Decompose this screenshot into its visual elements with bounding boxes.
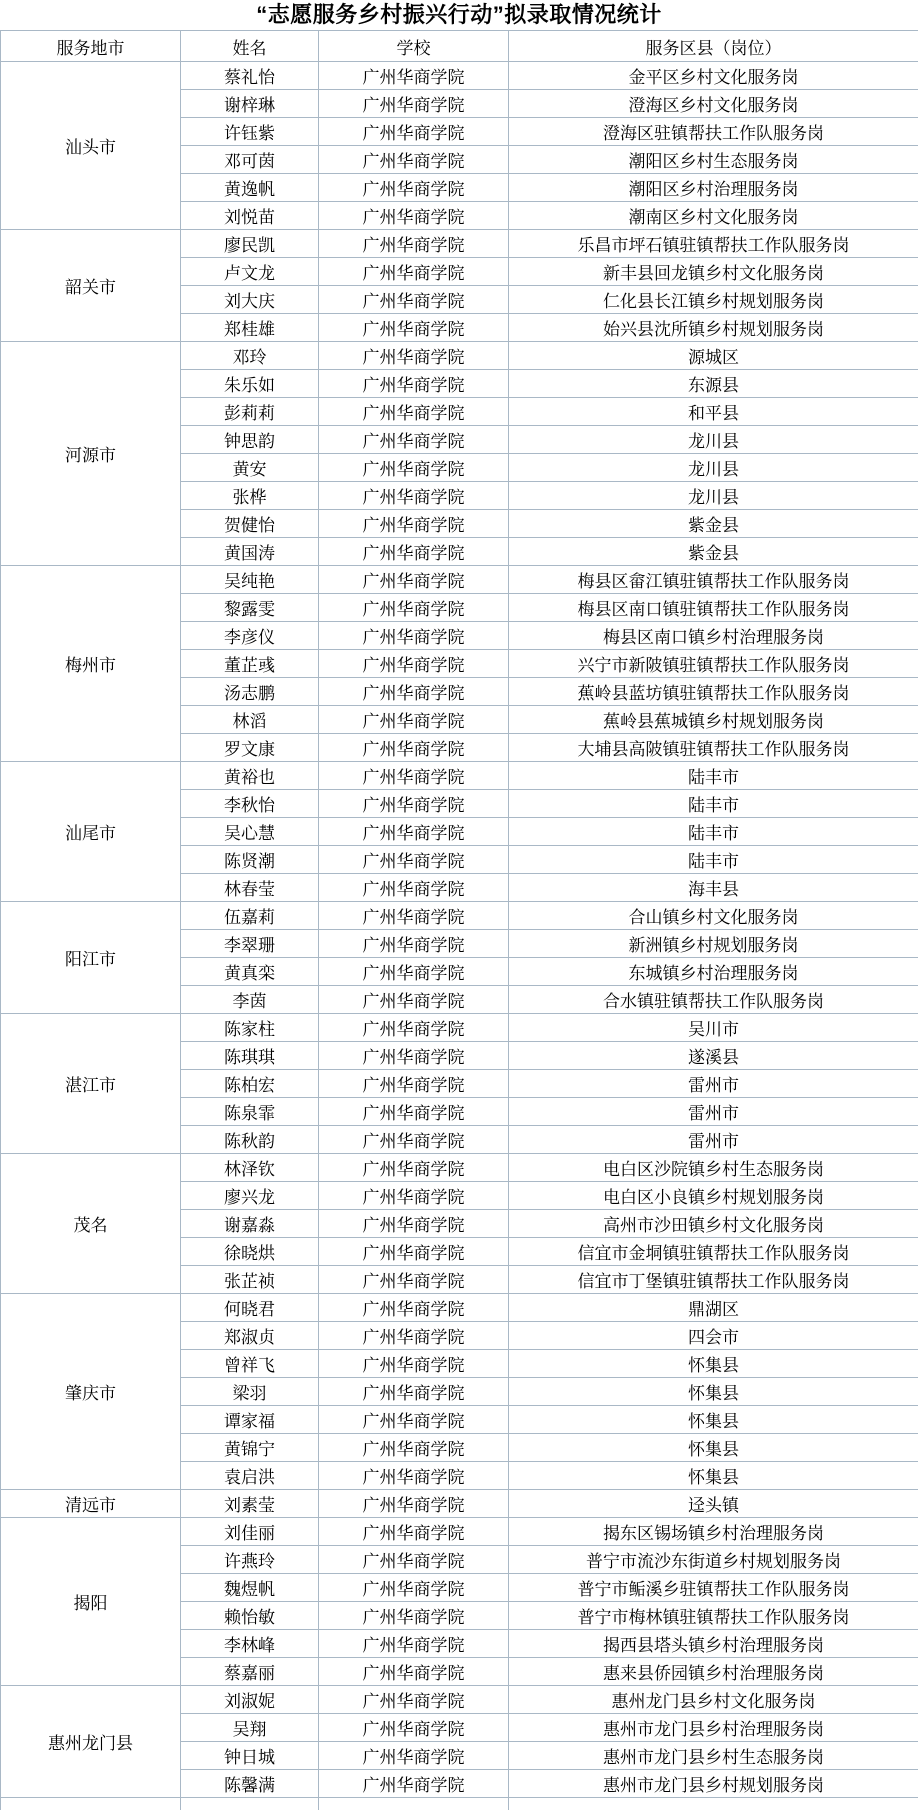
school-cell: 广州华商学院 xyxy=(319,902,509,930)
position-cell: 潮南区乡村文化服务岗 xyxy=(509,202,918,230)
name-cell: 吴心慧 xyxy=(181,818,319,846)
header-row: 服务地市 姓名 学校 服务区县（岗位） xyxy=(1,31,918,62)
name-cell: 林滔 xyxy=(181,706,319,734)
school-cell: 广州华商学院 xyxy=(319,258,509,286)
position-cell: 源城区 xyxy=(509,342,918,370)
position-cell: 龙川县 xyxy=(509,454,918,482)
school-cell: 广州华商学院 xyxy=(319,146,509,174)
school-cell: 广州华商学院 xyxy=(319,1378,509,1406)
position-cell: 电白区小良镇乡村规划服务岗 xyxy=(509,1182,918,1210)
name-cell: 陈贤潮 xyxy=(181,846,319,874)
school-cell: 广州华商学院 xyxy=(319,1742,509,1770)
position-cell: 迳头镇 xyxy=(509,1490,918,1518)
school-cell: 广州华商学院 xyxy=(319,986,509,1014)
name-cell: 贺健怡 xyxy=(181,510,319,538)
name-cell: 李茵 xyxy=(181,986,319,1014)
name-cell: 刘佳丽 xyxy=(181,1518,319,1546)
table-row: 肇庆市何晓君广州华商学院鼎湖区 xyxy=(1,1294,918,1322)
name-cell: 董芷彧 xyxy=(181,650,319,678)
school-cell: 广州华商学院 xyxy=(319,482,509,510)
position-cell: 高州市沙田镇乡村文化服务岗 xyxy=(509,1210,918,1238)
school-cell: 广州华商学院 xyxy=(319,1322,509,1350)
position-cell: 四会市 xyxy=(509,1322,918,1350)
position-cell: 紫金县 xyxy=(509,510,918,538)
name-cell: 黄逸帆 xyxy=(181,174,319,202)
position-cell: 信宜市金垌镇驻镇帮扶工作队服务岗 xyxy=(509,1238,918,1266)
school-cell: 广州华商学院 xyxy=(319,62,509,90)
school-cell: 广州华商学院 xyxy=(319,594,509,622)
school-cell: 广州华商学院 xyxy=(319,1602,509,1630)
position-cell: 普宁市梅林镇驻镇帮扶工作队服务岗 xyxy=(509,1602,918,1630)
position-cell: 惠州市龙门县乡村规划服务岗 xyxy=(509,1770,918,1798)
school-cell: 广州华商学院 xyxy=(319,1574,509,1602)
school-cell: 广州华商学院 xyxy=(319,958,509,986)
school-cell: 广州华商学院 xyxy=(319,734,509,762)
table-row: 茂名林泽钦广州华商学院电白区沙院镇乡村生态服务岗 xyxy=(1,1154,918,1182)
name-cell: 邓可茵 xyxy=(181,146,319,174)
school-cell: 广州华商学院 xyxy=(319,1490,509,1518)
position-cell: 怀集县 xyxy=(509,1406,918,1434)
name-cell: 黎露雯 xyxy=(181,594,319,622)
name-cell: 伍嘉莉 xyxy=(181,902,319,930)
name-cell: 陈柏宏 xyxy=(181,1070,319,1098)
name-cell: 曾祥飞 xyxy=(181,1350,319,1378)
school-cell: 广州华商学院 xyxy=(319,1518,509,1546)
name-cell: 钟日城 xyxy=(181,1742,319,1770)
name-cell: 黄裕也 xyxy=(181,762,319,790)
name-cell: 吴纯艳 xyxy=(181,566,319,594)
school-cell: 广州华商学院 xyxy=(319,398,509,426)
school-cell: 广州华商学院 xyxy=(319,1098,509,1126)
table-row: 清远市刘素莹广州华商学院迳头镇 xyxy=(1,1490,918,1518)
city-cell: 湛江市 xyxy=(1,1014,181,1154)
col-header-position: 服务区县（岗位） xyxy=(509,31,918,62)
position-cell: 梅县区畲江镇驻镇帮扶工作队服务岗 xyxy=(509,566,918,594)
name-cell: 林泽钦 xyxy=(181,1154,319,1182)
table-row: 河源市邓玲广州华商学院源城区 xyxy=(1,342,918,370)
name-cell: 谢嘉淼 xyxy=(181,1210,319,1238)
school-cell: 广州华商学院 xyxy=(319,342,509,370)
position-cell: 信宜市丁堡镇驻镇帮扶工作队服务岗 xyxy=(509,1266,918,1294)
position-cell: 乐昌市坪石镇驻镇帮扶工作队服务岗 xyxy=(509,230,918,258)
name-cell: 汤志鹏 xyxy=(181,678,319,706)
position-cell: 惠来县侨园镇乡村治理服务岗 xyxy=(509,1658,918,1686)
name-cell: 廖兴龙 xyxy=(181,1182,319,1210)
position-cell: 东城镇乡村治理服务岗 xyxy=(509,958,918,986)
name-cell: 许燕玲 xyxy=(181,1546,319,1574)
position-cell: 合山镇乡村文化服务岗 xyxy=(509,902,918,930)
table-row: 汕头市蔡礼怡广州华商学院金平区乡村文化服务岗 xyxy=(1,62,918,90)
position-cell: 新丰县回龙镇乡村文化服务岗 xyxy=(509,258,918,286)
empty-cell xyxy=(509,1798,918,1810)
school-cell: 广州华商学院 xyxy=(319,1294,509,1322)
school-cell: 广州华商学院 xyxy=(319,426,509,454)
name-cell: 赖怡敏 xyxy=(181,1602,319,1630)
school-cell: 广州华商学院 xyxy=(319,790,509,818)
name-cell: 陈秋韵 xyxy=(181,1126,319,1154)
name-cell: 徐晓烘 xyxy=(181,1238,319,1266)
position-cell: 金平区乡村文化服务岗 xyxy=(509,62,918,90)
position-cell: 鼎湖区 xyxy=(509,1294,918,1322)
school-cell: 广州华商学院 xyxy=(319,1658,509,1686)
position-cell: 怀集县 xyxy=(509,1434,918,1462)
name-cell: 陈家柱 xyxy=(181,1014,319,1042)
school-cell: 广州华商学院 xyxy=(319,118,509,146)
school-cell: 广州华商学院 xyxy=(319,1462,509,1490)
school-cell: 广州华商学院 xyxy=(319,1266,509,1294)
school-cell: 广州华商学院 xyxy=(319,538,509,566)
school-cell: 广州华商学院 xyxy=(319,762,509,790)
school-cell: 广州华商学院 xyxy=(319,1042,509,1070)
name-cell: 陈琪琪 xyxy=(181,1042,319,1070)
name-cell: 李林峰 xyxy=(181,1630,319,1658)
name-cell: 卢文龙 xyxy=(181,258,319,286)
school-cell: 广州华商学院 xyxy=(319,874,509,902)
empty-cell xyxy=(319,1798,509,1810)
city-cell: 揭阳 xyxy=(1,1518,181,1686)
school-cell: 广州华商学院 xyxy=(319,90,509,118)
empty-row xyxy=(1,1798,918,1810)
name-cell: 许钰紫 xyxy=(181,118,319,146)
col-header-school: 学校 xyxy=(319,31,509,62)
table-row: 汕尾市黄裕也广州华商学院陆丰市 xyxy=(1,762,918,790)
position-cell: 陆丰市 xyxy=(509,846,918,874)
school-cell: 广州华商学院 xyxy=(319,1182,509,1210)
name-cell: 彭莉莉 xyxy=(181,398,319,426)
position-cell: 陆丰市 xyxy=(509,818,918,846)
school-cell: 广州华商学院 xyxy=(319,1238,509,1266)
position-cell: 紫金县 xyxy=(509,538,918,566)
city-cell: 惠州龙门县 xyxy=(1,1686,181,1798)
position-cell: 揭西县塔头镇乡村治理服务岗 xyxy=(509,1630,918,1658)
position-cell: 陆丰市 xyxy=(509,762,918,790)
name-cell: 黄真栾 xyxy=(181,958,319,986)
school-cell: 广州华商学院 xyxy=(319,1714,509,1742)
city-cell: 肇庆市 xyxy=(1,1294,181,1490)
table-row: 韶关市廖民凯广州华商学院乐昌市坪石镇驻镇帮扶工作队服务岗 xyxy=(1,230,918,258)
city-cell: 清远市 xyxy=(1,1490,181,1518)
name-cell: 郑淑贞 xyxy=(181,1322,319,1350)
position-cell: 合水镇驻镇帮扶工作队服务岗 xyxy=(509,986,918,1014)
position-cell: 海丰县 xyxy=(509,874,918,902)
school-cell: 广州华商学院 xyxy=(319,174,509,202)
table-row: 揭阳刘佳丽广州华商学院揭东区锡场镇乡村治理服务岗 xyxy=(1,1518,918,1546)
city-cell: 梅州市 xyxy=(1,566,181,762)
city-cell: 河源市 xyxy=(1,342,181,566)
position-cell: 始兴县沈所镇乡村规划服务岗 xyxy=(509,314,918,342)
position-cell: 梅县区南口镇驻镇帮扶工作队服务岗 xyxy=(509,594,918,622)
position-cell: 电白区沙院镇乡村生态服务岗 xyxy=(509,1154,918,1182)
name-cell: 林春莹 xyxy=(181,874,319,902)
name-cell: 黄安 xyxy=(181,454,319,482)
school-cell: 广州华商学院 xyxy=(319,1434,509,1462)
empty-cell xyxy=(1,1798,181,1810)
position-cell: 陆丰市 xyxy=(509,790,918,818)
school-cell: 广州华商学院 xyxy=(319,370,509,398)
position-cell: 遂溪县 xyxy=(509,1042,918,1070)
table-row: 梅州市吴纯艳广州华商学院梅县区畲江镇驻镇帮扶工作队服务岗 xyxy=(1,566,918,594)
school-cell: 广州华商学院 xyxy=(319,622,509,650)
position-cell: 蕉岭县蓝坊镇驻镇帮扶工作队服务岗 xyxy=(509,678,918,706)
school-cell: 广州华商学院 xyxy=(319,650,509,678)
name-cell: 郑桂雄 xyxy=(181,314,319,342)
col-header-city: 服务地市 xyxy=(1,31,181,62)
school-cell: 广州华商学院 xyxy=(319,1406,509,1434)
city-cell: 汕尾市 xyxy=(1,762,181,902)
page: “志愿服务乡村振兴行动”拟录取情况统计 服务地市 姓名 学校 服务区县（岗位） … xyxy=(0,0,918,1810)
position-cell: 仁化县长江镇乡村规划服务岗 xyxy=(509,286,918,314)
school-cell: 广州华商学院 xyxy=(319,202,509,230)
school-cell: 广州华商学院 xyxy=(319,286,509,314)
school-cell: 广州华商学院 xyxy=(319,1630,509,1658)
name-cell: 李翠珊 xyxy=(181,930,319,958)
position-cell: 怀集县 xyxy=(509,1350,918,1378)
position-cell: 惠州市龙门县乡村生态服务岗 xyxy=(509,1742,918,1770)
school-cell: 广州华商学院 xyxy=(319,678,509,706)
school-cell: 广州华商学院 xyxy=(319,930,509,958)
city-cell: 韶关市 xyxy=(1,230,181,342)
school-cell: 广州华商学院 xyxy=(319,1154,509,1182)
position-cell: 新洲镇乡村规划服务岗 xyxy=(509,930,918,958)
position-cell: 普宁市鲘溪乡驻镇帮扶工作队服务岗 xyxy=(509,1574,918,1602)
name-cell: 李秋怡 xyxy=(181,790,319,818)
position-cell: 怀集县 xyxy=(509,1378,918,1406)
name-cell: 梁羽 xyxy=(181,1378,319,1406)
position-cell: 澄海区乡村文化服务岗 xyxy=(509,90,918,118)
name-cell: 何晓君 xyxy=(181,1294,319,1322)
name-cell: 刘素莹 xyxy=(181,1490,319,1518)
school-cell: 广州华商学院 xyxy=(319,1070,509,1098)
name-cell: 蔡嘉丽 xyxy=(181,1658,319,1686)
page-title: “志愿服务乡村振兴行动”拟录取情况统计 xyxy=(0,0,918,30)
school-cell: 广州华商学院 xyxy=(319,566,509,594)
name-cell: 黄国涛 xyxy=(181,538,319,566)
name-cell: 钟思韵 xyxy=(181,426,319,454)
name-cell: 张桦 xyxy=(181,482,319,510)
school-cell: 广州华商学院 xyxy=(319,454,509,482)
name-cell: 魏煜帆 xyxy=(181,1574,319,1602)
name-cell: 谢梓琳 xyxy=(181,90,319,118)
position-cell: 澄海区驻镇帮扶工作队服务岗 xyxy=(509,118,918,146)
name-cell: 罗文康 xyxy=(181,734,319,762)
city-cell: 汕头市 xyxy=(1,62,181,230)
school-cell: 广州华商学院 xyxy=(319,1350,509,1378)
position-cell: 揭东区锡场镇乡村治理服务岗 xyxy=(509,1518,918,1546)
name-cell: 袁启洪 xyxy=(181,1462,319,1490)
position-cell: 普宁市流沙东街道乡村规划服务岗 xyxy=(509,1546,918,1574)
empty-cell xyxy=(181,1798,319,1810)
table-row: 惠州龙门县刘淑妮广州华商学院惠州龙门县乡村文化服务岗 xyxy=(1,1686,918,1714)
table-row: 湛江市陈家柱广州华商学院吴川市 xyxy=(1,1014,918,1042)
school-cell: 广州华商学院 xyxy=(319,1210,509,1238)
name-cell: 吴翔 xyxy=(181,1714,319,1742)
position-cell: 潮阳区乡村治理服务岗 xyxy=(509,174,918,202)
school-cell: 广州华商学院 xyxy=(319,230,509,258)
school-cell: 广州华商学院 xyxy=(319,1126,509,1154)
city-cell: 阳江市 xyxy=(1,902,181,1014)
school-cell: 广州华商学院 xyxy=(319,1686,509,1714)
position-cell: 怀集县 xyxy=(509,1462,918,1490)
position-cell: 东源县 xyxy=(509,370,918,398)
name-cell: 黄锦宁 xyxy=(181,1434,319,1462)
name-cell: 陈馨满 xyxy=(181,1770,319,1798)
name-cell: 刘淑妮 xyxy=(181,1686,319,1714)
position-cell: 潮阳区乡村生态服务岗 xyxy=(509,146,918,174)
position-cell: 龙川县 xyxy=(509,426,918,454)
name-cell: 张芷祯 xyxy=(181,1266,319,1294)
admission-table: 服务地市 姓名 学校 服务区县（岗位） 汕头市蔡礼怡广州华商学院金平区乡村文化服… xyxy=(0,30,918,1810)
school-cell: 广州华商学院 xyxy=(319,1546,509,1574)
table-row: 阳江市伍嘉莉广州华商学院合山镇乡村文化服务岗 xyxy=(1,902,918,930)
name-cell: 陈泉霏 xyxy=(181,1098,319,1126)
city-cell: 茂名 xyxy=(1,1154,181,1294)
position-cell: 梅县区南口镇乡村治理服务岗 xyxy=(509,622,918,650)
name-cell: 邓玲 xyxy=(181,342,319,370)
col-header-name: 姓名 xyxy=(181,31,319,62)
name-cell: 蔡礼怡 xyxy=(181,62,319,90)
name-cell: 李彦仪 xyxy=(181,622,319,650)
name-cell: 廖民凯 xyxy=(181,230,319,258)
position-cell: 大埔县高陂镇驻镇帮扶工作队服务岗 xyxy=(509,734,918,762)
position-cell: 惠州龙门县乡村文化服务岗 xyxy=(509,1686,918,1714)
name-cell: 刘悦苗 xyxy=(181,202,319,230)
school-cell: 广州华商学院 xyxy=(319,510,509,538)
name-cell: 刘大庆 xyxy=(181,286,319,314)
school-cell: 广州华商学院 xyxy=(319,706,509,734)
name-cell: 朱乐如 xyxy=(181,370,319,398)
position-cell: 惠州市龙门县乡村治理服务岗 xyxy=(509,1714,918,1742)
school-cell: 广州华商学院 xyxy=(319,1014,509,1042)
school-cell: 广州华商学院 xyxy=(319,846,509,874)
table-body: 汕头市蔡礼怡广州华商学院金平区乡村文化服务岗谢梓琳广州华商学院澄海区乡村文化服务… xyxy=(1,62,918,1810)
position-cell: 雷州市 xyxy=(509,1070,918,1098)
position-cell: 和平县 xyxy=(509,398,918,426)
position-cell: 蕉岭县蕉城镇乡村规划服务岗 xyxy=(509,706,918,734)
school-cell: 广州华商学院 xyxy=(319,314,509,342)
position-cell: 雷州市 xyxy=(509,1126,918,1154)
name-cell: 谭家福 xyxy=(181,1406,319,1434)
school-cell: 广州华商学院 xyxy=(319,818,509,846)
position-cell: 兴宁市新陂镇驻镇帮扶工作队服务岗 xyxy=(509,650,918,678)
school-cell: 广州华商学院 xyxy=(319,1770,509,1798)
position-cell: 吴川市 xyxy=(509,1014,918,1042)
position-cell: 雷州市 xyxy=(509,1098,918,1126)
position-cell: 龙川县 xyxy=(509,482,918,510)
